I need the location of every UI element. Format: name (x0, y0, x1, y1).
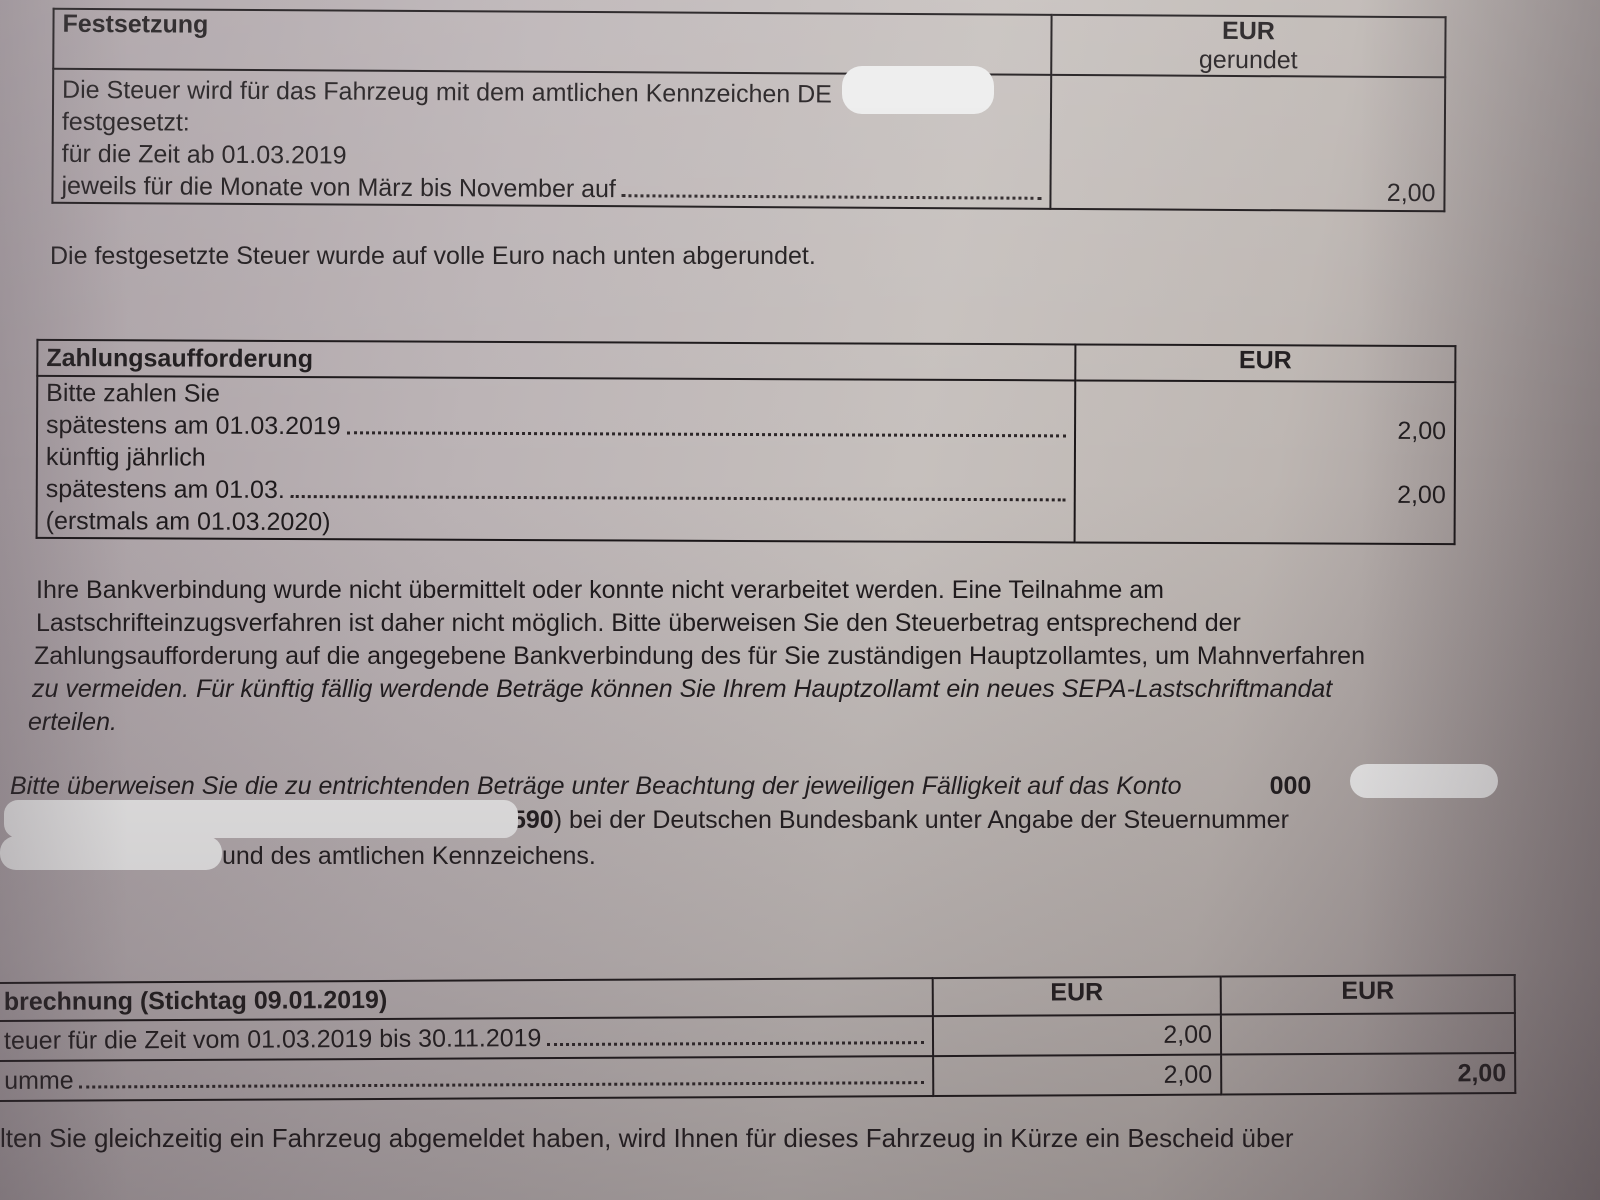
redaction-tax-number (0, 836, 222, 870)
zahlung-amount-1: 2,00 (1084, 413, 1446, 447)
bank-notice-line: Ihre Bankverbindung wurde nicht übermitt… (36, 574, 1164, 607)
bank-notice-line: Zahlungsaufforderung auf die angegebene … (34, 640, 1365, 673)
festsetzung-line: jeweils für die Monate von März bis Nove… (61, 170, 616, 205)
zahlung-header: Zahlungsaufforderung (37, 340, 1075, 381)
festsetzung-amount: 2,00 (1050, 75, 1445, 211)
zahlung-line: spätestens am 01.03. (46, 473, 285, 506)
abrechnung-table: brechnung (Stichtag 09.01.2019) EUR EUR … (0, 974, 1516, 1102)
dot-leader (622, 194, 1042, 200)
redaction-iban (1350, 764, 1498, 798)
zahlung-line: spätestens am 01.03.2019 (46, 409, 341, 442)
table-row: umme 2,00 2,00 (0, 1053, 1515, 1101)
festsetzung-header: Festsetzung (53, 9, 1051, 75)
festsetzung-line-leader: jeweils für die Monate von März bis Nove… (61, 170, 1041, 208)
abrechnung-total: 2,00 (1221, 1053, 1515, 1095)
redaction-plate (842, 66, 994, 114)
transfer-text: Bitte überweisen Sie die zu entrichtende… (10, 772, 1182, 800)
abrechnung-header: brechnung (Stichtag 09.01.2019) (0, 978, 933, 1021)
zahlung-text-cell: Bitte zahlen Sie spätestens am 01.03.201… (37, 376, 1076, 543)
zahlung-line: Bitte zahlen Sie (46, 377, 1066, 413)
dot-leader (347, 431, 1066, 437)
account-fragment: 000 (1270, 772, 1312, 800)
bank-notice-line-italic: erteilen. (28, 706, 117, 739)
abrechnung-row-label: teuer für die Zeit vom 01.03.2019 bis 30… (4, 1017, 924, 1060)
festsetzung-eur-header: EUR gerundet (1051, 15, 1445, 77)
zahlungsaufforderung-table: Zahlungsaufforderung EUR Bitte zahlen Si… (36, 339, 1457, 545)
abrechnung-cell: 2,00 (933, 1015, 1221, 1057)
account-fragment: 590 (512, 806, 554, 834)
dot-leader (547, 1041, 924, 1046)
eur-label: EUR (1060, 16, 1436, 47)
gerundet-label: gerundet (1060, 45, 1436, 76)
dot-leader (80, 1081, 925, 1088)
redaction-bic (4, 800, 518, 838)
transfer-text: ) bei der Deutschen Bundesbank unter Ang… (554, 806, 1289, 834)
bank-notice-line-italic: zu vermeiden. Für künftig fällig werdend… (32, 673, 1332, 706)
zahlung-line: (erstmals am 01.03.2020) (46, 505, 1066, 541)
festsetzung-table: Festsetzung EUR gerundet Die Steuer wird… (51, 8, 1446, 213)
zahlung-line-leader: spätestens am 01.03.2019 (46, 409, 1066, 445)
abrechnung-cell: 2,00 (933, 1055, 1221, 1097)
zahlung-line: künftig jährlich (46, 441, 1066, 477)
abrechnung-row-label: umme (4, 1057, 924, 1100)
abrechnung-cell (1221, 1013, 1515, 1055)
footer-line: lten Sie gleichzeitig ein Fahrzeug abgem… (0, 1122, 1294, 1155)
dot-leader (291, 495, 1066, 501)
zahlung-eur-header: EUR (1075, 344, 1455, 382)
zahlung-amounts-cell: 2,00 2,00 (1075, 380, 1456, 544)
abrechnung-eur-header-2: EUR (1221, 975, 1515, 1015)
transfer-line-1: Bitte überweisen Sie die zu entrichtende… (10, 770, 1311, 803)
rounding-note: Die festgesetzte Steuer wurde auf volle … (50, 240, 816, 273)
transfer-line-3: und des amtlichen Kennzeichens. (222, 840, 596, 873)
transfer-line-2: 590) bei der Deutschen Bundesbank unter … (512, 804, 1289, 837)
bank-notice-line: Lastschrifteinzugsverfahren ist daher ni… (36, 607, 1241, 640)
zahlung-amount-2: 2,00 (1084, 477, 1446, 511)
zahlung-line-leader: spätestens am 01.03. (46, 473, 1066, 509)
abrechnung-eur-header-1: EUR (933, 977, 1221, 1017)
